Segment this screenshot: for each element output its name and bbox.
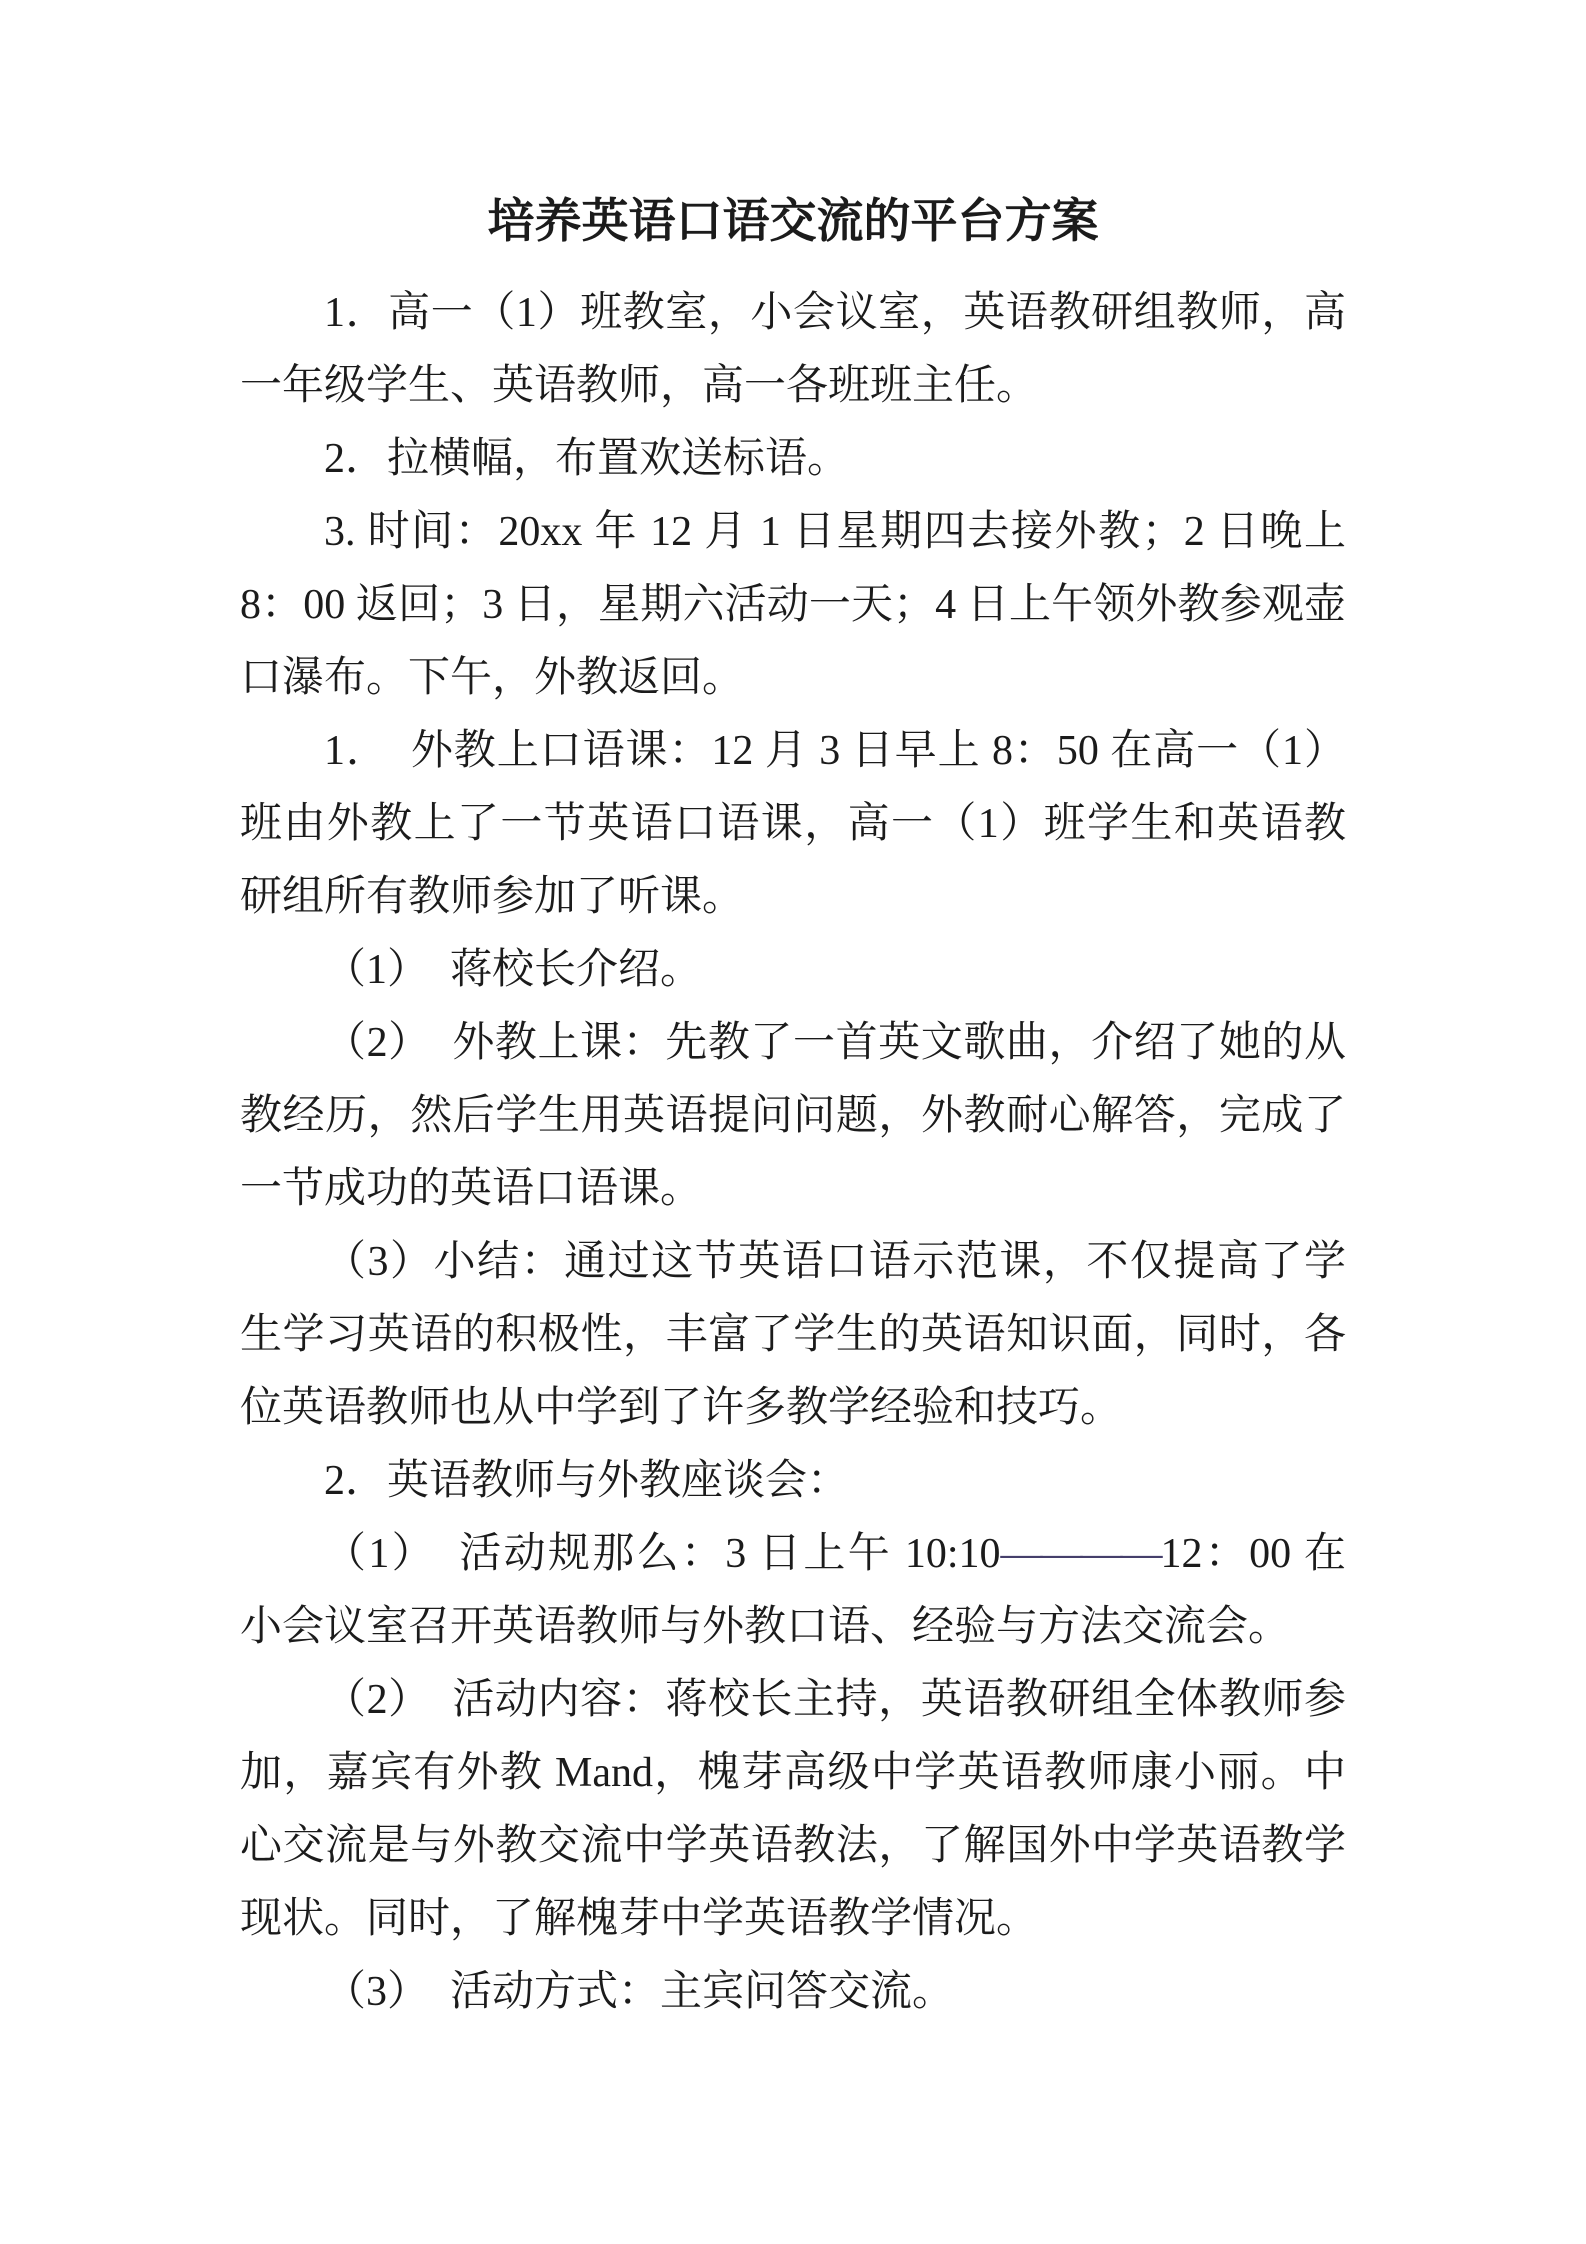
para-5-principal-intro: （1） 蒋校长介绍。	[240, 934, 1346, 1007]
para-11-activity-format: （3） 活动方式：主宾问答交流。	[240, 1956, 1346, 2029]
para-2-banner: 2．拉横幅，布置欢送标语。	[240, 423, 1346, 496]
para-9-schedule-dash: ————	[1001, 1531, 1161, 1577]
para-4-oral-class: 1． 外教上口语课：12 月 3 日早上 8：50 在高一（1）班由外教上了一节…	[240, 715, 1346, 934]
para-6-class-content: （2） 外教上课：先教了一首英文歌曲，介绍了她的从教经历，然后学生用英语提问问题…	[240, 1007, 1346, 1226]
document-page: 培养英语口语交流的平台方案 1．高一（1）班教室，小会议室，英语教研组教师，高一…	[0, 0, 1586, 2244]
para-8-seminar: 2．英语教师与外教座谈会：	[240, 1445, 1346, 1518]
para-9-schedule-pre: （1） 活动规那么：3 日上午 10:10	[324, 1531, 1001, 1577]
para-1-venue: 1．高一（1）班教室，小会议室，英语教研组教师，高一年级学生、英语教师，高一各班…	[240, 277, 1346, 423]
document-title: 培养英语口语交流的平台方案	[240, 186, 1346, 259]
para-3-time: 3. 时间：20xx 年 12 月 1 日星期四去接外教；2 日晚上 8：00 …	[240, 496, 1346, 715]
para-9-schedule: （1） 活动规那么：3 日上午 10:10————12：00 在小会议室召开英语…	[240, 1518, 1346, 1664]
para-10-activity-content: （2） 活动内容：蒋校长主持，英语教研组全体教师参加，嘉宾有外教 Mand，槐芽…	[240, 1664, 1346, 1956]
para-7-summary: （3）小结：通过这节英语口语示范课，不仅提高了学生学习英语的积极性，丰富了学生的…	[240, 1226, 1346, 1445]
